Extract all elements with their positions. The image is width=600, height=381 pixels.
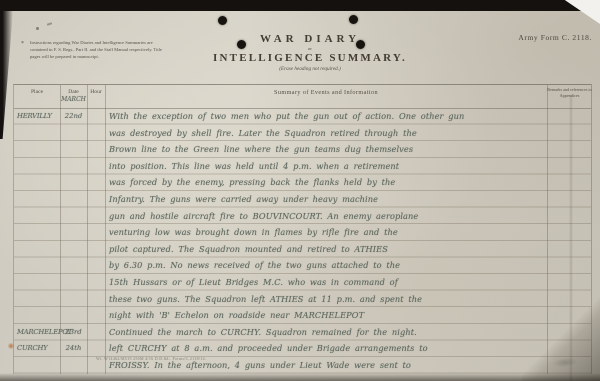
page-title-block: WAR DIARY or INTELLIGENCE SUMMARY. (Eras… [198, 33, 422, 72]
column-divider [105, 85, 106, 374]
instructions-note: Instructions regarding War Diaries and I… [30, 39, 162, 60]
intelligence-summary-title: INTELLIGENCE SUMMARY. [198, 52, 422, 64]
instructions-marker: * [21, 41, 24, 47]
diary-table: Place Date Hour Summary of Events and In… [13, 84, 592, 374]
army-form-number: Army Form C. 2118. [518, 33, 592, 42]
entry-summary: Continued the march to CURCHY. Squadron … [109, 324, 546, 341]
column-header-summary: Summary of Events and Information [105, 89, 547, 96]
column-divider [87, 85, 88, 374]
column-header-place: Place [14, 89, 60, 95]
entry-place: MARCHELEPOT [17, 328, 60, 336]
entry-date: 22nd [60, 112, 87, 120]
bottom-edge-shadow [0, 373, 600, 381]
entry-place: HERVILLY [17, 112, 60, 120]
column-header-date: Date [60, 89, 87, 95]
war-diary-title: WAR DIARY [198, 33, 422, 45]
entry-date: 23rd [60, 328, 87, 336]
column-header-hour: Hour [87, 89, 105, 95]
printer-imprint: Wt. W14462/M519 250M 4/16 D.D.&L. Forms/… [96, 356, 206, 361]
top-edge-shadow [0, 0, 600, 11]
fold-shadow [522, 281, 600, 381]
entry-summary: With the exception of two men who put th… [109, 108, 546, 324]
punch-hole [218, 16, 227, 25]
scanned-war-diary-page: Army Form C. 2118. * Instructions regard… [0, 0, 600, 381]
title-note: (Erase heading not required.) [198, 66, 422, 72]
punch-hole [349, 15, 358, 24]
entry-place: CURCHY [17, 344, 60, 352]
entry-date: 24th [60, 344, 87, 352]
date-month-annotation: MARCH [60, 96, 87, 103]
pencil-speck [36, 27, 39, 30]
title-or: or [198, 46, 422, 51]
